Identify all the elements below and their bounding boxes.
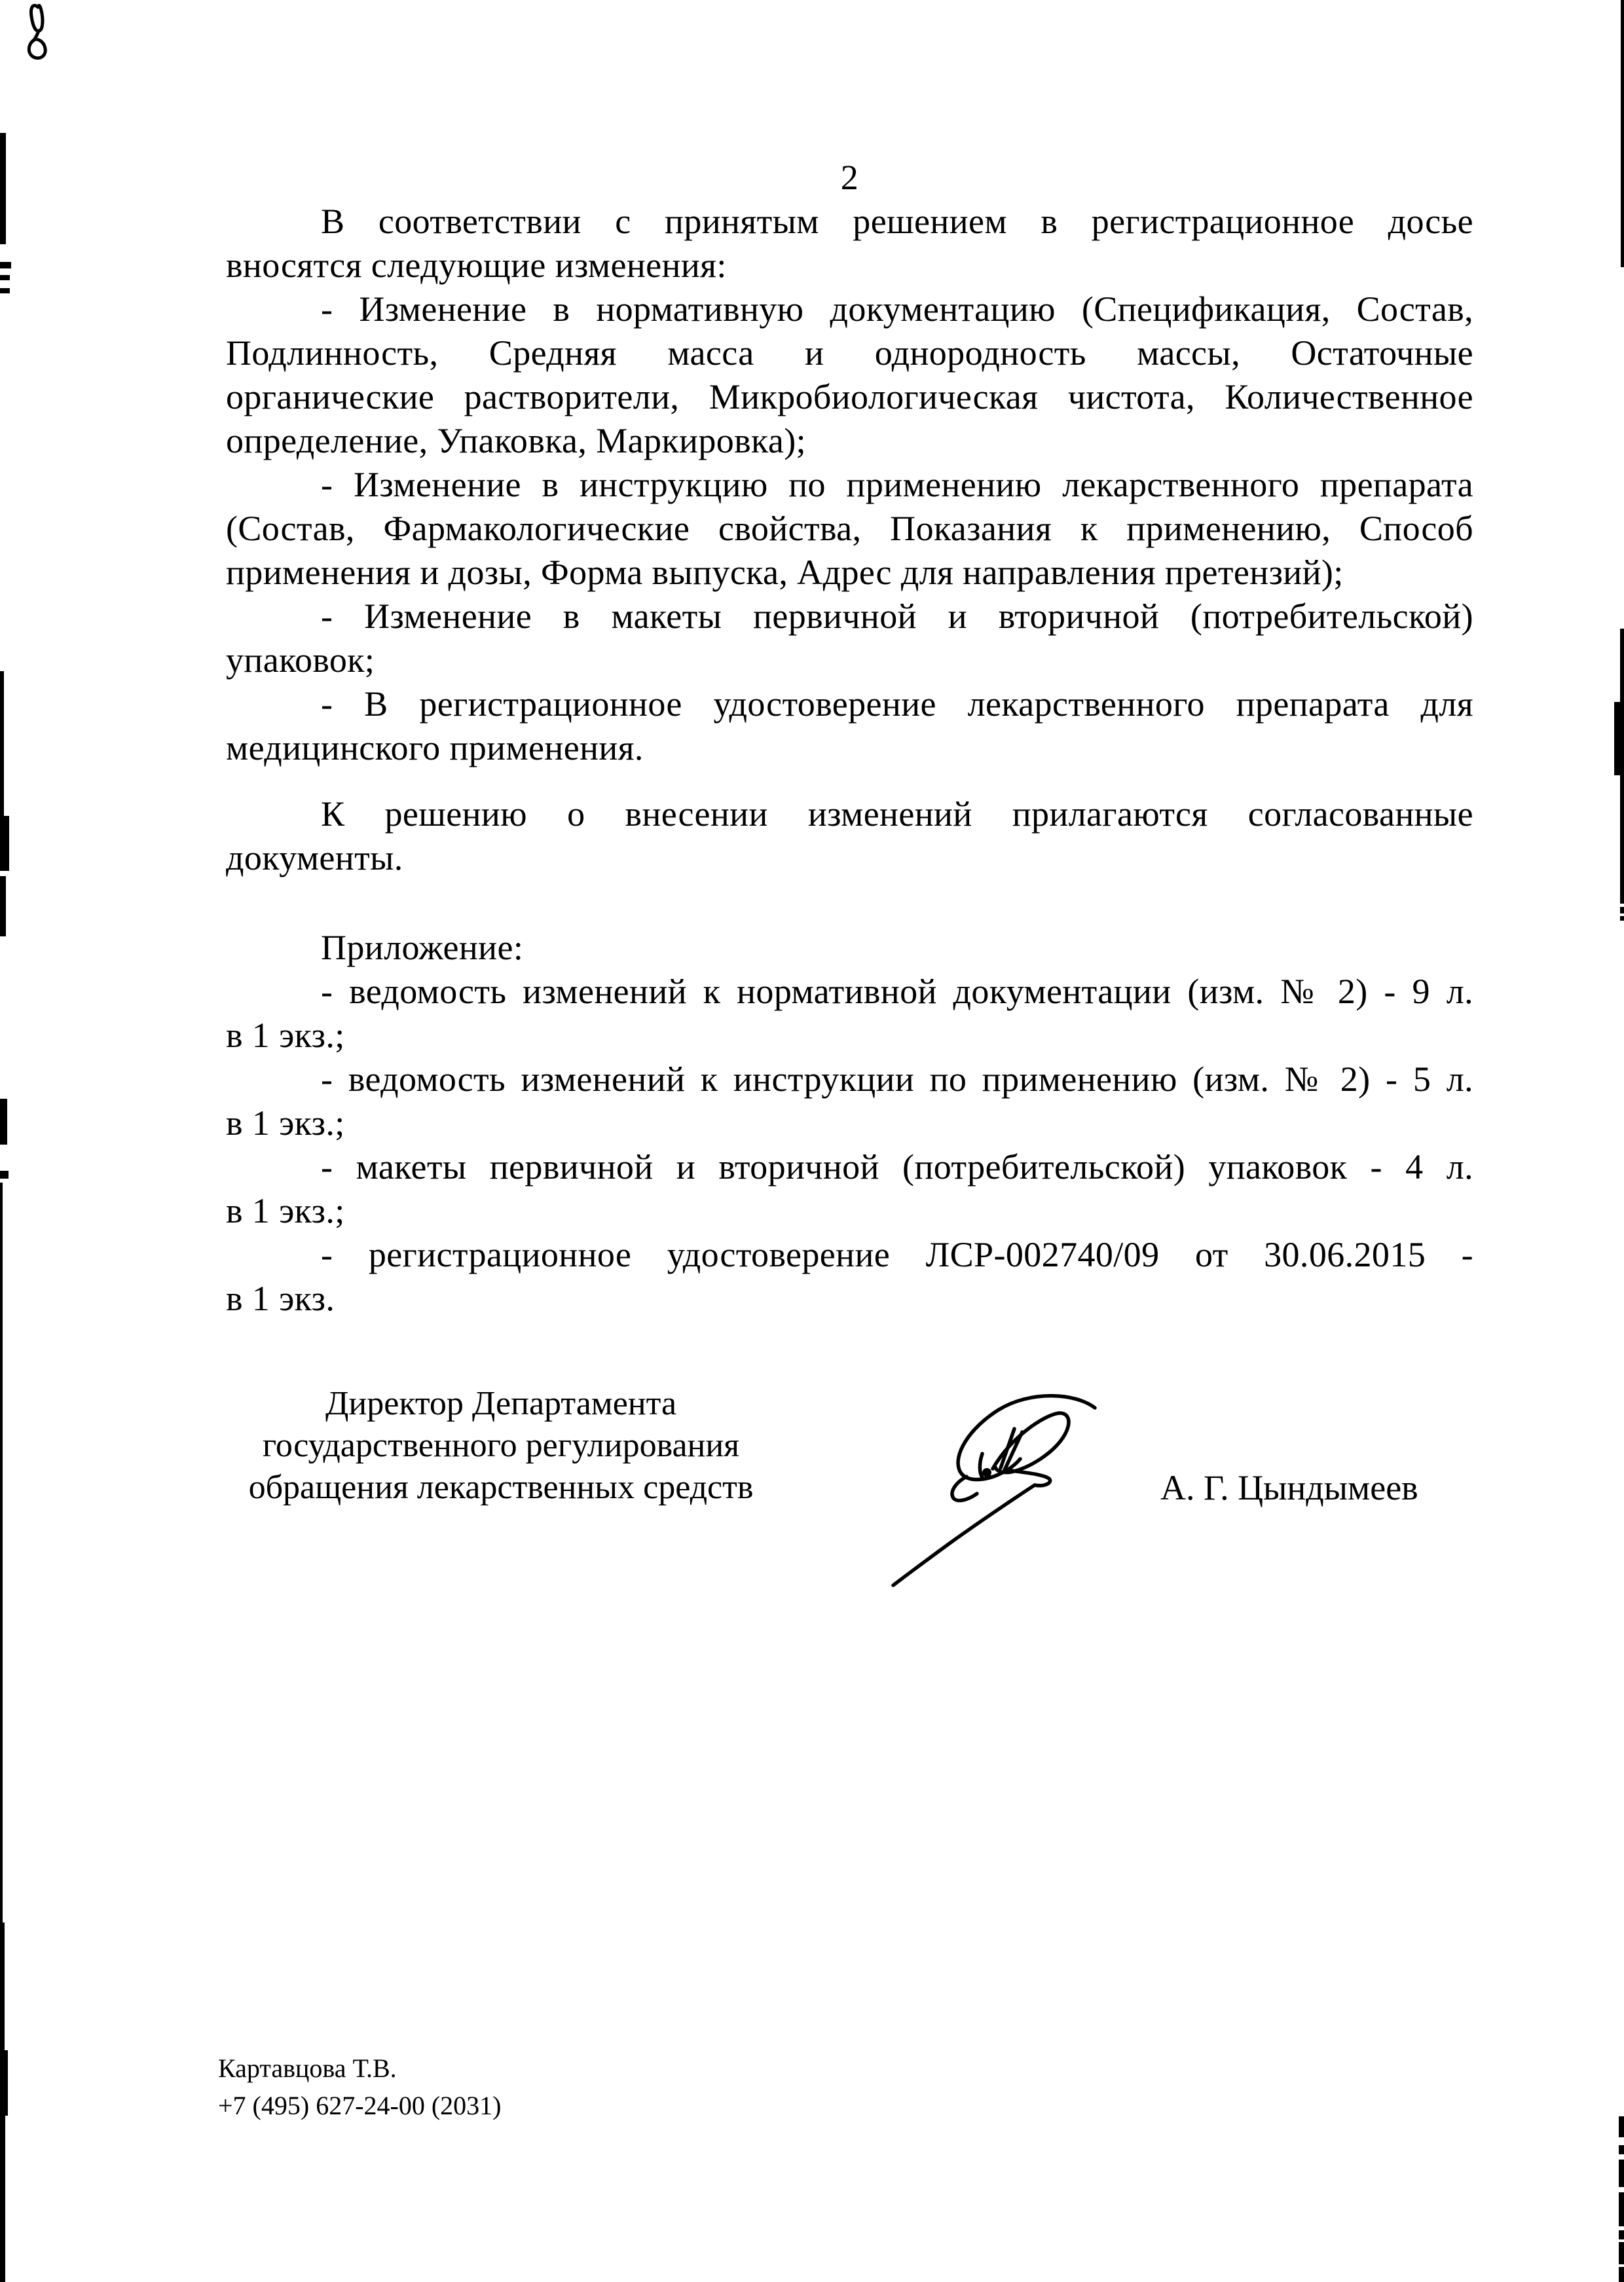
text-line: (Состав, Фармакологические свойства, Пок… bbox=[226, 507, 1473, 551]
executor-phone: +7 (495) 627-24-00 (2031) bbox=[218, 2087, 501, 2124]
handwritten-mark bbox=[26, 1, 56, 62]
signatory-name: А. Г. Цындымеев bbox=[1160, 1467, 1418, 1509]
executor-footer: Картавцова Т.В. +7 (495) 627-24-00 (2031… bbox=[218, 2050, 501, 2124]
scan-artifact bbox=[1619, 2116, 1624, 2137]
text-line: - Изменение в нормативную документацию (… bbox=[226, 287, 1473, 331]
text-line: - В регистрационное удостоверение лекарс… bbox=[226, 682, 1473, 726]
text-line: упаковок; bbox=[226, 638, 1473, 682]
scan-artifact bbox=[0, 1923, 5, 2050]
text-line: В соответствии с принятым решением в рег… bbox=[226, 200, 1473, 244]
scan-artifact bbox=[0, 2050, 8, 2116]
paragraph: К решению о внесении изменений прилагают… bbox=[226, 792, 1473, 880]
scan-artifact bbox=[1621, 0, 1624, 267]
text-line: Подлинность, Средняя масса и однородност… bbox=[226, 331, 1473, 375]
paragraph: - ведомость изменений к нормативной доку… bbox=[226, 970, 1473, 1058]
scan-artifact bbox=[0, 671, 4, 819]
handwritten-signature bbox=[884, 1391, 1107, 1594]
scan-artifact bbox=[0, 876, 6, 936]
scan-artifact bbox=[1619, 2242, 1624, 2264]
text-line: - макеты первичной и вторичной (потребит… bbox=[226, 1145, 1473, 1189]
text-line: - Изменение в инструкцию по применению л… bbox=[226, 463, 1473, 507]
scan-artifact bbox=[0, 816, 9, 871]
paragraph: - макеты первичной и вторичной (потребит… bbox=[226, 1145, 1473, 1233]
scan-artifact bbox=[0, 133, 6, 244]
paragraph: - Изменение в нормативную документацию (… bbox=[226, 287, 1473, 463]
text-line: органические растворители, Микробиологич… bbox=[226, 375, 1473, 419]
scan-artifact bbox=[0, 1099, 7, 1145]
paragraph: Приложение: bbox=[226, 926, 1473, 970]
scan-artifact bbox=[0, 1183, 3, 1923]
text-line: документы. bbox=[226, 836, 1473, 880]
text-line: - регистрационное удостоверение ЛСР-0027… bbox=[226, 1233, 1473, 1277]
paragraph: - регистрационное удостоверение ЛСР-0027… bbox=[226, 1233, 1473, 1321]
signatory-title-line: обращения лекарственных средств bbox=[226, 1467, 776, 1509]
executor-name: Картавцова Т.В. bbox=[218, 2050, 501, 2087]
page-number: 2 bbox=[226, 156, 1473, 200]
scan-artifact bbox=[1614, 702, 1624, 775]
text-line: в 1 экз.; bbox=[226, 1189, 1473, 1233]
text-line: в 1 экз. bbox=[226, 1277, 1473, 1321]
text-line: в 1 экз.; bbox=[226, 1101, 1473, 1145]
scan-artifact bbox=[1619, 2160, 1624, 2187]
scan-artifact bbox=[1620, 907, 1624, 913]
text-line: - ведомость изменений к нормативной доку… bbox=[226, 970, 1473, 1014]
text-line: - ведомость изменений к инструкции по пр… bbox=[226, 1058, 1473, 1101]
text-line: определение, Упаковка, Маркировка); bbox=[226, 419, 1473, 463]
attachments-heading: Приложение: bbox=[226, 926, 1473, 970]
scan-artifact bbox=[1619, 2145, 1624, 2154]
scan-artifact bbox=[0, 262, 11, 268]
signatory-title: Директор Департамента государственного р… bbox=[226, 1383, 776, 1509]
paragraph: В соответствии с принятым решением в рег… bbox=[226, 200, 1473, 287]
paragraph: - В регистрационное удостоверение лекарс… bbox=[226, 682, 1473, 770]
text-line: вносятся следующие изменения: bbox=[226, 244, 1473, 287]
signatory-title-line: Директор Департамента bbox=[226, 1383, 776, 1425]
text-line: медицинского применения. bbox=[226, 726, 1473, 770]
text-line: применения и дозы, Форма выпуска, Адрес … bbox=[226, 551, 1473, 595]
text-line: в 1 экз.; bbox=[226, 1014, 1473, 1058]
scan-artifact bbox=[1620, 916, 1624, 921]
text-line: - Изменение в макеты первичной и вторичн… bbox=[226, 595, 1473, 638]
scan-artifact bbox=[0, 1171, 9, 1179]
text-line: К решению о внесении изменений прилагают… bbox=[226, 792, 1473, 836]
paragraph: - Изменение в инструкцию по применению л… bbox=[226, 463, 1473, 595]
scan-artifact bbox=[1619, 2192, 1624, 2226]
paragraph: - Изменение в макеты первичной и вторичн… bbox=[226, 595, 1473, 682]
signatory-title-line: государственного регулирования bbox=[226, 1425, 776, 1467]
paragraph: - ведомость изменений к инструкции по пр… bbox=[226, 1058, 1473, 1145]
scan-artifact bbox=[1619, 2267, 1624, 2282]
scanned-document-page: 2 В соответствии с принятым решением в р… bbox=[0, 0, 1624, 2282]
scan-artifact bbox=[0, 275, 10, 280]
scan-artifact bbox=[1619, 2230, 1624, 2239]
scan-artifact bbox=[0, 288, 10, 293]
document-body: 2 В соответствии с принятым решением в р… bbox=[226, 156, 1473, 1321]
scan-artifact bbox=[0, 2116, 5, 2282]
